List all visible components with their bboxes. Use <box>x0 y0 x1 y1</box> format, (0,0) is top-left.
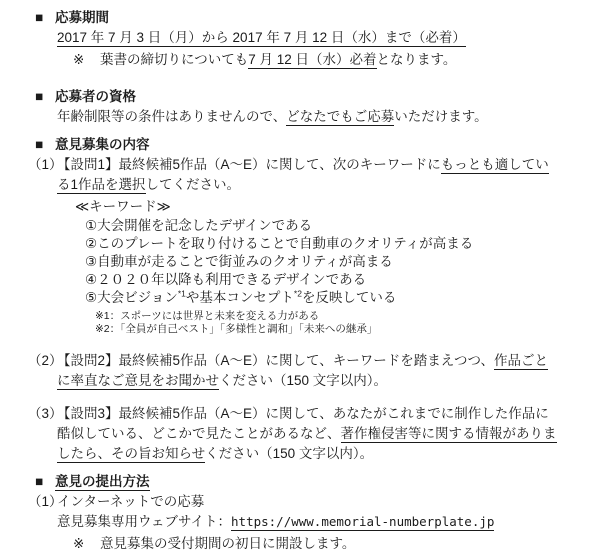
question3-line1: （3）【設問3】最終候補5作品（A～E）に関して、あなたがこれまでに制作した作品… <box>0 404 590 424</box>
keyword-text: や基本コンセプト <box>186 290 294 305</box>
body-text: 【設問3】最終候補5作品（A～E）に関して、あなたがこれまでに制作した作品に <box>57 406 549 421</box>
body-text: 年齢制限等の条件はありませんので、 <box>57 109 286 124</box>
note-text: 意見募集の受付期間の初日に開設します。 <box>100 536 355 551</box>
body-text: いただけます。 <box>394 109 487 124</box>
underlined-text: もっとも適してい <box>441 157 549 174</box>
footnote-text: ※2：「全員が自己ベスト」「多様性と調和」「未来への継承」 <box>95 323 377 335</box>
keyword-item-5: ⑤大会ビジョン*1や基本コンセプト*2を反映している <box>0 289 590 307</box>
underlined-text: 作品ごと <box>494 353 548 370</box>
heading-title: 意見の提出方法 <box>55 474 150 491</box>
body-text: 酷似している、どこかで見たことがあるなど、 <box>57 426 341 441</box>
website-line: 意見募集専用ウェブサイト：https://www.memorial-number… <box>0 512 590 532</box>
note-text: となります。 <box>377 52 457 67</box>
item-number: （1） <box>28 492 57 512</box>
square-bullet-icon: ■ <box>35 87 55 107</box>
keyword-text: ①大会開催を記念したデザインである <box>85 218 312 233</box>
heading-title: 意見募集の内容 <box>55 137 150 152</box>
footnote-2: ※2：「全員が自己ベスト」「多様性と調和」「未来への継承」 <box>0 323 590 336</box>
square-bullet-icon: ■ <box>35 135 55 155</box>
item-number: （2） <box>28 351 57 371</box>
body-text: ください（150 文字以内）。 <box>219 373 387 388</box>
body-text: ください（150 文字以内）。 <box>205 446 373 461</box>
website-label: 意見募集専用ウェブサイト： <box>57 514 231 529</box>
website-link[interactable]: https://www.memorial-numberplate.jp <box>231 514 494 531</box>
underlined-text: 著作権侵害等に関する情報がありま <box>341 426 557 443</box>
question1-line2: る1作品を選択してください。 <box>0 175 590 195</box>
section-heading-survey-content: ■意見募集の内容 <box>0 135 590 155</box>
keyword-item-4: ④２０２０年以降も利用できるデザインである <box>0 271 590 289</box>
footnote-1: ※1：スポーツには世界と未来を変える力がある <box>0 310 590 323</box>
keyword-item-2: ②このプレートを取り付けることで自動車のクオリティが高まる <box>0 235 590 253</box>
keyword-item-3: ③自動車が走ることで街並みのクオリティが高まる <box>0 253 590 271</box>
keyword-text: ⑤大会ビジョン <box>85 290 178 305</box>
keyword-text: を反映している <box>302 290 397 305</box>
square-bullet-icon: ■ <box>35 8 55 28</box>
body-text: インターネットでの応募 <box>57 494 204 509</box>
eligibility-body: 年齢制限等の条件はありませんので、どなたでもご応募いただけます。 <box>0 107 590 127</box>
keywords-title: ≪キーワード≫ <box>0 197 590 217</box>
document-page: ■応募期間 2017 年 7 月 3 日（月）から 2017 年 7 月 12 … <box>0 0 590 554</box>
question1-line1: （1）【設問1】最終候補5作品（A～E）に関して、次のキーワードにもっとも適して… <box>0 155 590 175</box>
question3-line2: 酷似している、どこかで見たことがあるなど、著作権侵害等に関する情報がありま <box>0 424 590 444</box>
body-text: してください。 <box>146 177 241 192</box>
keyword-text: ③自動車が走ることで街並みのクオリティが高まる <box>85 254 393 269</box>
section-heading-application-period: ■応募期間 <box>0 8 590 28</box>
footnote-ref-2: *2 <box>294 289 302 299</box>
keyword-text: ②このプレートを取り付けることで自動車のクオリティが高まる <box>85 236 473 251</box>
question3-line3: したら、その旨お知らせください（150 文字以内）。 <box>0 444 590 464</box>
underlined-text: したら、その旨お知らせ <box>57 446 205 463</box>
underlined-text: る1作品を選択 <box>57 177 146 194</box>
footnote-text: ※1：スポーツには世界と未来を変える力がある <box>95 310 319 322</box>
keyword-item-1: ①大会開催を記念したデザインである <box>0 217 590 235</box>
underlined-period-text: 2017 年 7 月 3 日（月）から 2017 年 7 月 12 日（水）まで… <box>57 30 466 47</box>
body-text: 【設問2】最終候補5作品（A～E）に関して、キーワードを踏まえつつ、 <box>57 353 494 368</box>
item-number: （1） <box>28 155 57 175</box>
application-period-line: 2017 年 7 月 3 日（月）から 2017 年 7 月 12 日（水）まで… <box>0 28 590 48</box>
footnote-ref-1: *1 <box>178 289 186 299</box>
reference-mark-icon: ※ <box>73 50 100 70</box>
section-heading-submission-method: ■意見の提出方法 <box>0 472 590 492</box>
question2-line2: に率直なご意見をお聞かせください（150 文字以内）。 <box>0 371 590 391</box>
body-text: ≪キーワード≫ <box>75 199 171 214</box>
body-text: 【設問1】最終候補5作品（A～E）に関して、次のキーワードに <box>57 157 441 172</box>
note-text: 葉書の締切りについても <box>100 52 248 67</box>
item-number: （3） <box>28 404 57 424</box>
reference-mark-icon: ※ <box>73 534 100 554</box>
section-heading-applicant-eligibility: ■応募者の資格 <box>0 87 590 107</box>
heading-title: 応募者の資格 <box>55 89 136 104</box>
underlined-text: 7 月 12 日（水）必着 <box>248 52 376 69</box>
underlined-text: に率直なご意見をお聞かせ <box>57 373 219 390</box>
postcard-deadline-note: ※葉書の締切りについても7 月 12 日（水）必着となります。 <box>0 50 590 70</box>
website-opening-note: ※意見募集の受付期間の初日に開設します。 <box>0 534 590 554</box>
underlined-text: どなたでもご応募 <box>286 109 394 126</box>
internet-application-item: （1）インターネットでの応募 <box>0 492 590 512</box>
question2-line1: （2）【設問2】最終候補5作品（A～E）に関して、キーワードを踏まえつつ、作品ご… <box>0 351 590 371</box>
heading-title: 応募期間 <box>55 10 109 25</box>
keyword-text: ④２０２０年以降も利用できるデザインである <box>85 272 366 287</box>
square-bullet-icon: ■ <box>35 472 55 492</box>
